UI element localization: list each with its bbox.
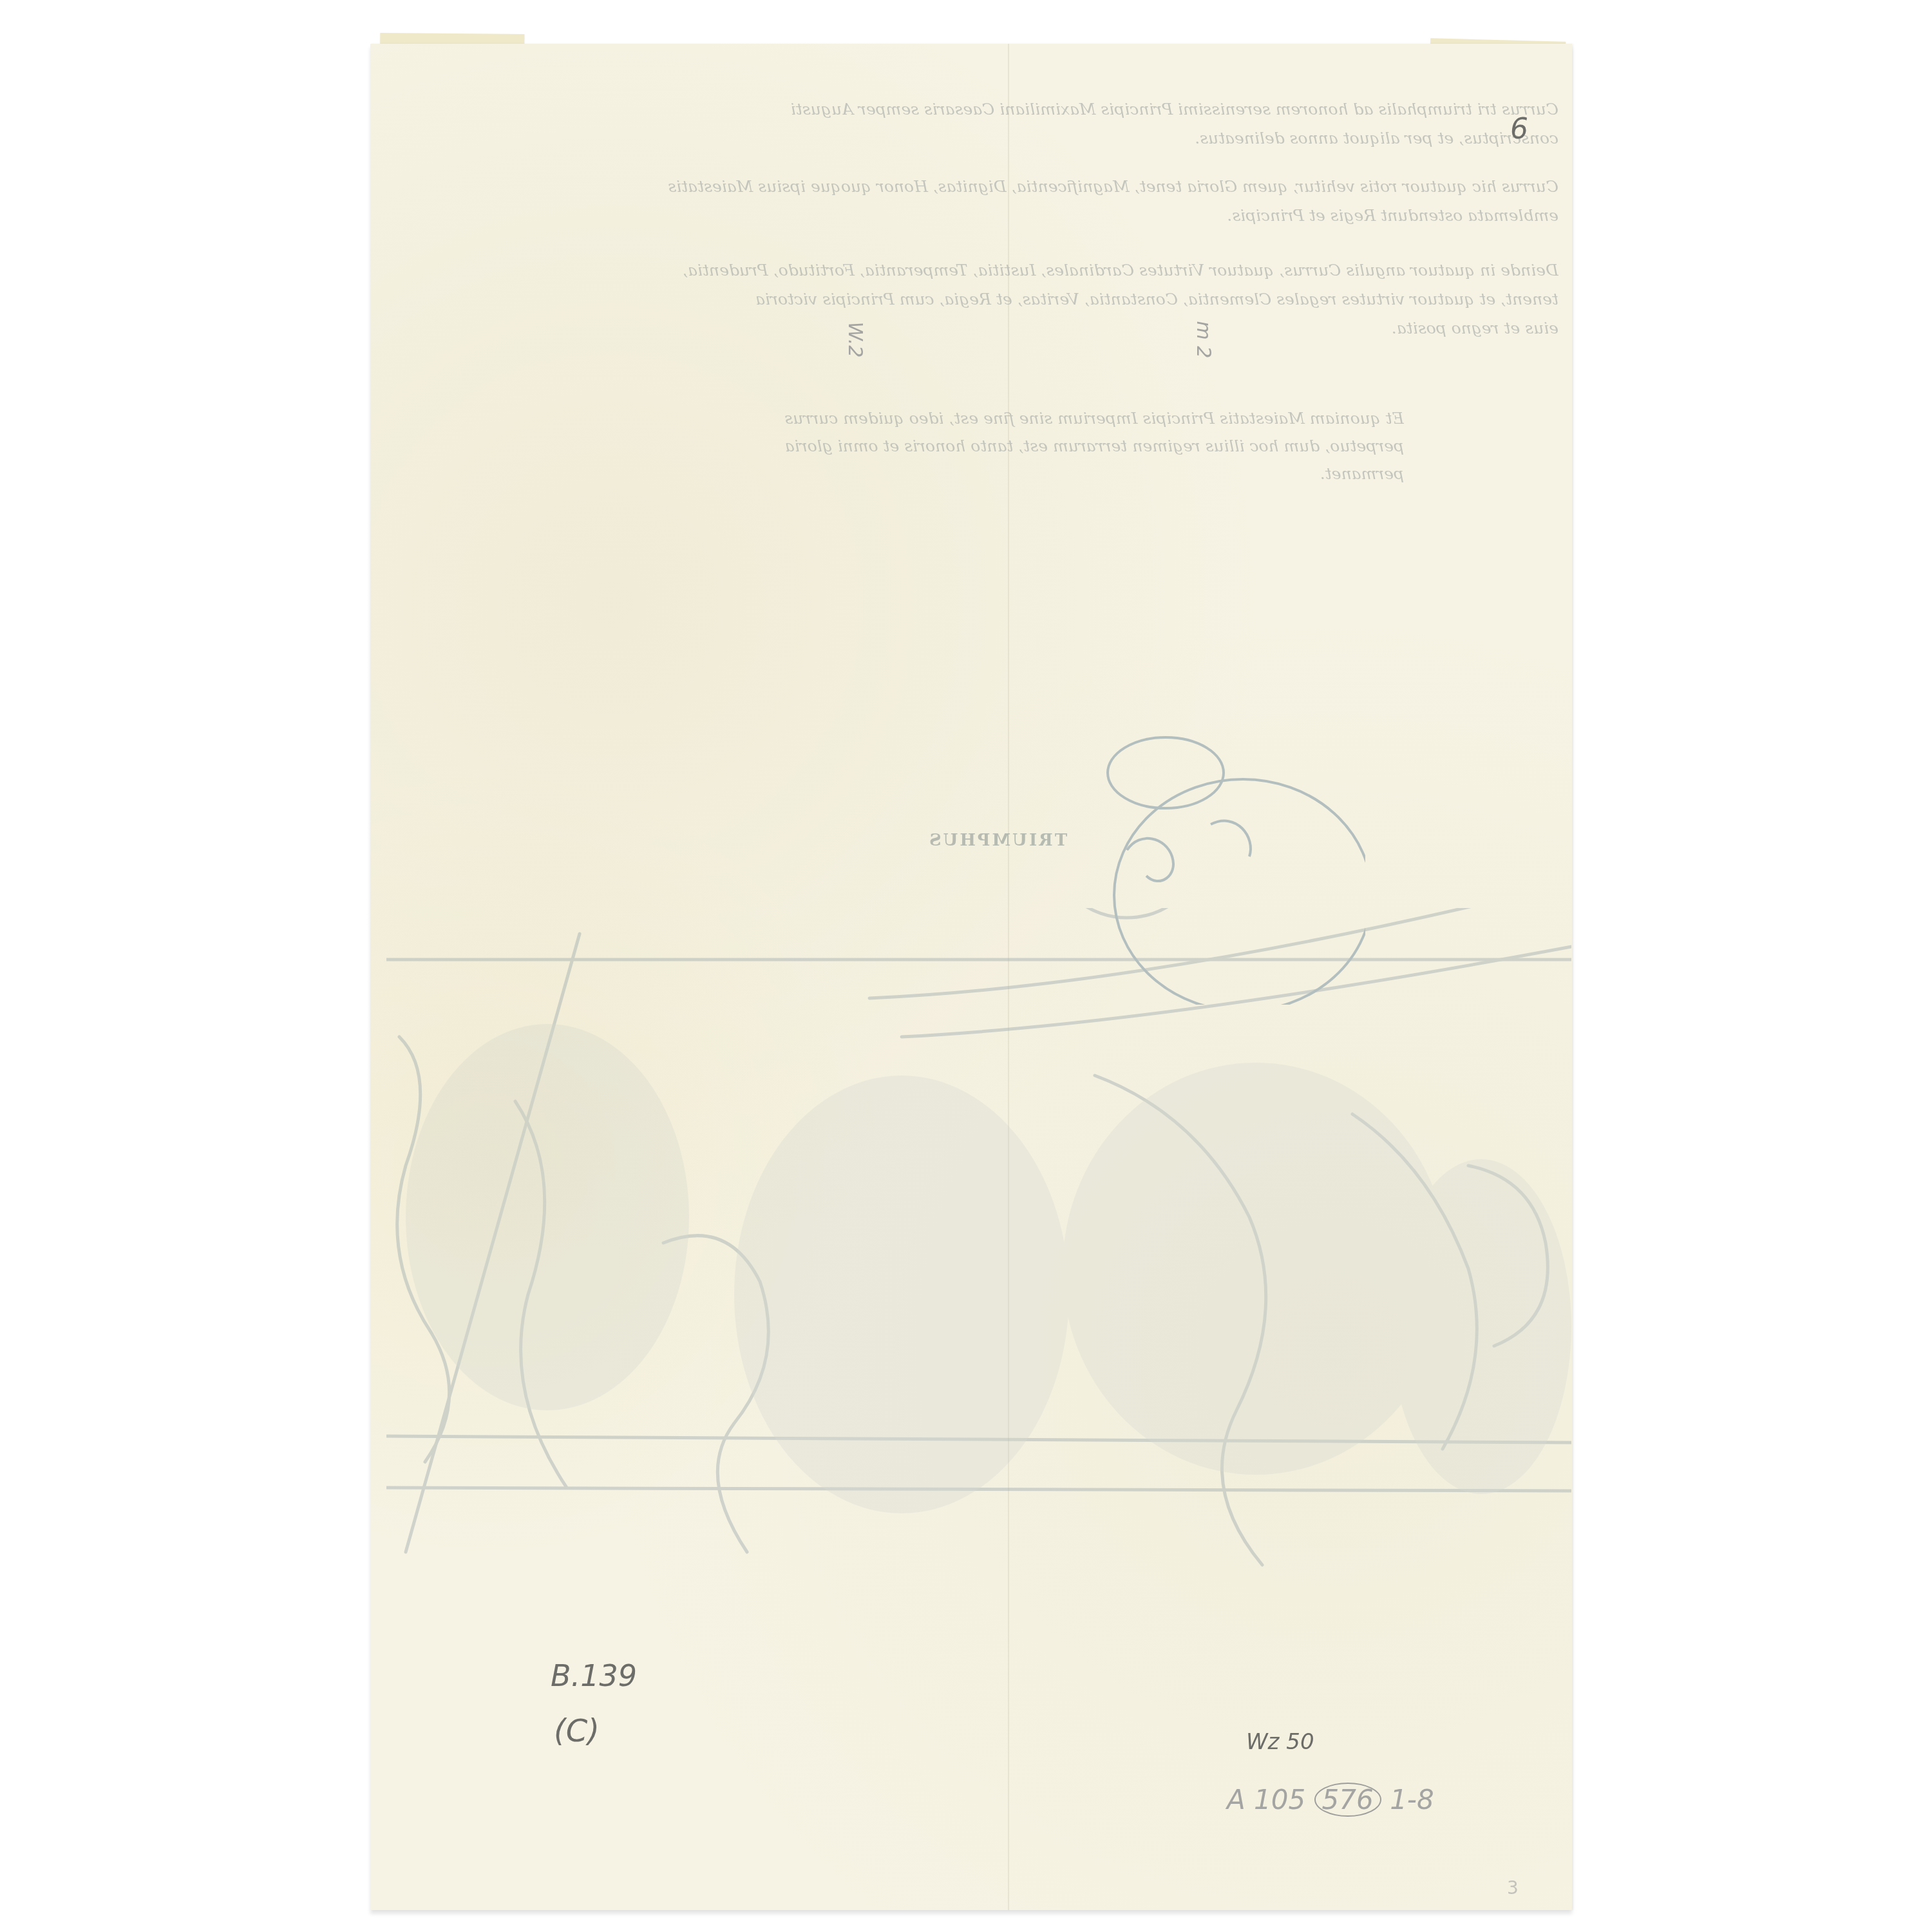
- accession-circled-number: 576: [1314, 1783, 1381, 1817]
- inventory-number-b: B.139: [551, 1658, 637, 1693]
- corner-mark: 3: [1507, 1877, 1519, 1899]
- engraved-wheel-ornament: [1082, 728, 1365, 1005]
- ghost-text-line: perpetuo, dum hoc illius regimen terraru…: [708, 433, 1404, 459]
- accession-number: A 105 576 1-8: [1227, 1784, 1434, 1815]
- ghost-text-line: Deinde in quatuor angulis Currus, quatuo…: [515, 258, 1558, 283]
- ghost-text-line: Et quoniam Maiestatis Principis Imperium…: [708, 406, 1404, 431]
- ghost-text-line: Currus hic quatuor rotis vehitur, quem G…: [515, 174, 1558, 200]
- engraving-show-through: [386, 908, 1571, 1629]
- ghost-text-line: eius et regno posita.: [515, 316, 1558, 341]
- rotated-pencil-mark-right: m 2: [1185, 328, 1222, 351]
- rotated-pencil-mark-right-text: m 2: [1192, 321, 1215, 359]
- rotated-pencil-mark-left-text: W.2: [844, 322, 866, 358]
- ghost-text-line: permanet.: [708, 461, 1404, 487]
- accession-prefix: A 105: [1227, 1784, 1305, 1815]
- watermark-reference: Wz 50: [1246, 1729, 1314, 1755]
- ghost-text-line: tenent, et quatuor virtutes regales Clem…: [515, 287, 1558, 312]
- ghost-text-line: Currus tri triumphalis ad honorem sereni…: [515, 97, 1558, 122]
- rotated-pencil-mark-left: W.2: [837, 328, 873, 351]
- accession-suffix: 1-8: [1390, 1784, 1434, 1815]
- inventory-letter-c: (C): [554, 1713, 600, 1749]
- inventory-letter-c-text: C: [566, 1713, 588, 1749]
- ghost-text-line: conscriptus, et per aliquot annos deline…: [515, 126, 1558, 151]
- page-number-annotation: 6: [1510, 113, 1528, 146]
- ghost-text-line: emblemata ostendunt Regis et Principis.: [515, 203, 1558, 229]
- ghost-title-text: TRIUMPHUS: [927, 831, 1067, 850]
